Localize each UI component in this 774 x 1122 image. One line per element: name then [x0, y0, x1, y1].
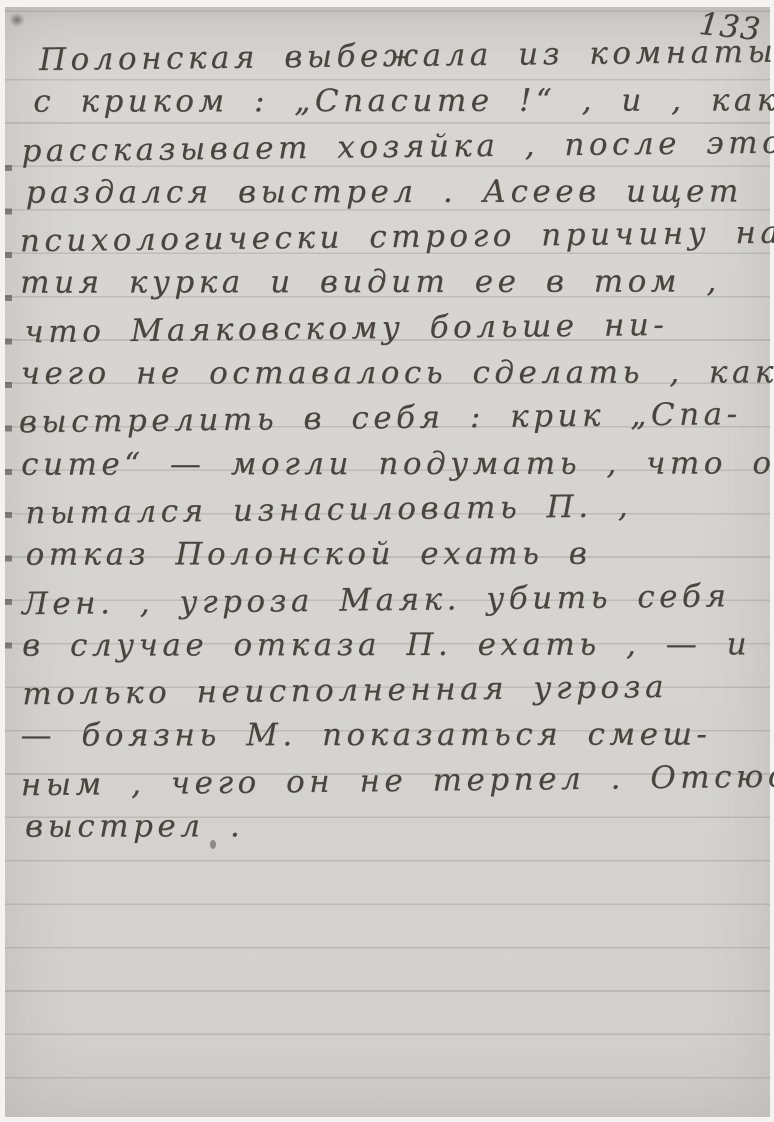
handwritten-line: чего не оставалось сделать , как: [19, 350, 774, 397]
handwritten-line: психологически строго причину нажа-: [18, 211, 774, 265]
handwritten-line: сите“ — могли подумать , что он: [19, 441, 774, 488]
handwritten-line: пытался изнасиловать П. ,: [19, 483, 774, 537]
handwritten-line: только неисполненная угроза: [20, 664, 774, 718]
left-edge-scan-ticks: [5, 165, 12, 670]
scanned-manuscript-page: 133 Полонская выбежала из комнаты с крик…: [0, 0, 774, 1122]
handwritten-line: рассказывает хозяйка , после этого: [17, 120, 773, 174]
handwritten-line: Лен. , угроза Маяк. убить себя: [20, 573, 774, 627]
handwritten-line: тия курка и видит ее в том ,: [18, 260, 774, 307]
handwritten-line: выстрелить в себя : крик „Спа-: [19, 392, 774, 446]
handwritten-line: с криком : „Спасите !“ , и , как: [17, 79, 773, 126]
handwritten-line: выстрел .: [21, 803, 774, 850]
handwritten-line: — боязнь М. показаться смеш-: [21, 713, 774, 760]
handwritten-line: что Маяковскому больше ни-: [18, 301, 774, 355]
paper-background: 133 Полонская выбежала из комнаты с крик…: [5, 7, 770, 1117]
handwritten-text-block: Полонская выбежала из комнаты с криком :…: [17, 32, 774, 851]
handwritten-line: раздался выстрел . Асеев ищет: [18, 169, 774, 216]
handwritten-line: отказ Полонской ехать в: [20, 532, 774, 579]
handwritten-line: ным , чего он не терпел . Отсюда —: [21, 754, 774, 808]
handwritten-line: в случае отказа П. ехать , — и: [20, 622, 774, 669]
handwritten-line: Полонская выбежала из комнаты: [17, 30, 773, 84]
scan-artifact-speck: [9, 13, 25, 27]
